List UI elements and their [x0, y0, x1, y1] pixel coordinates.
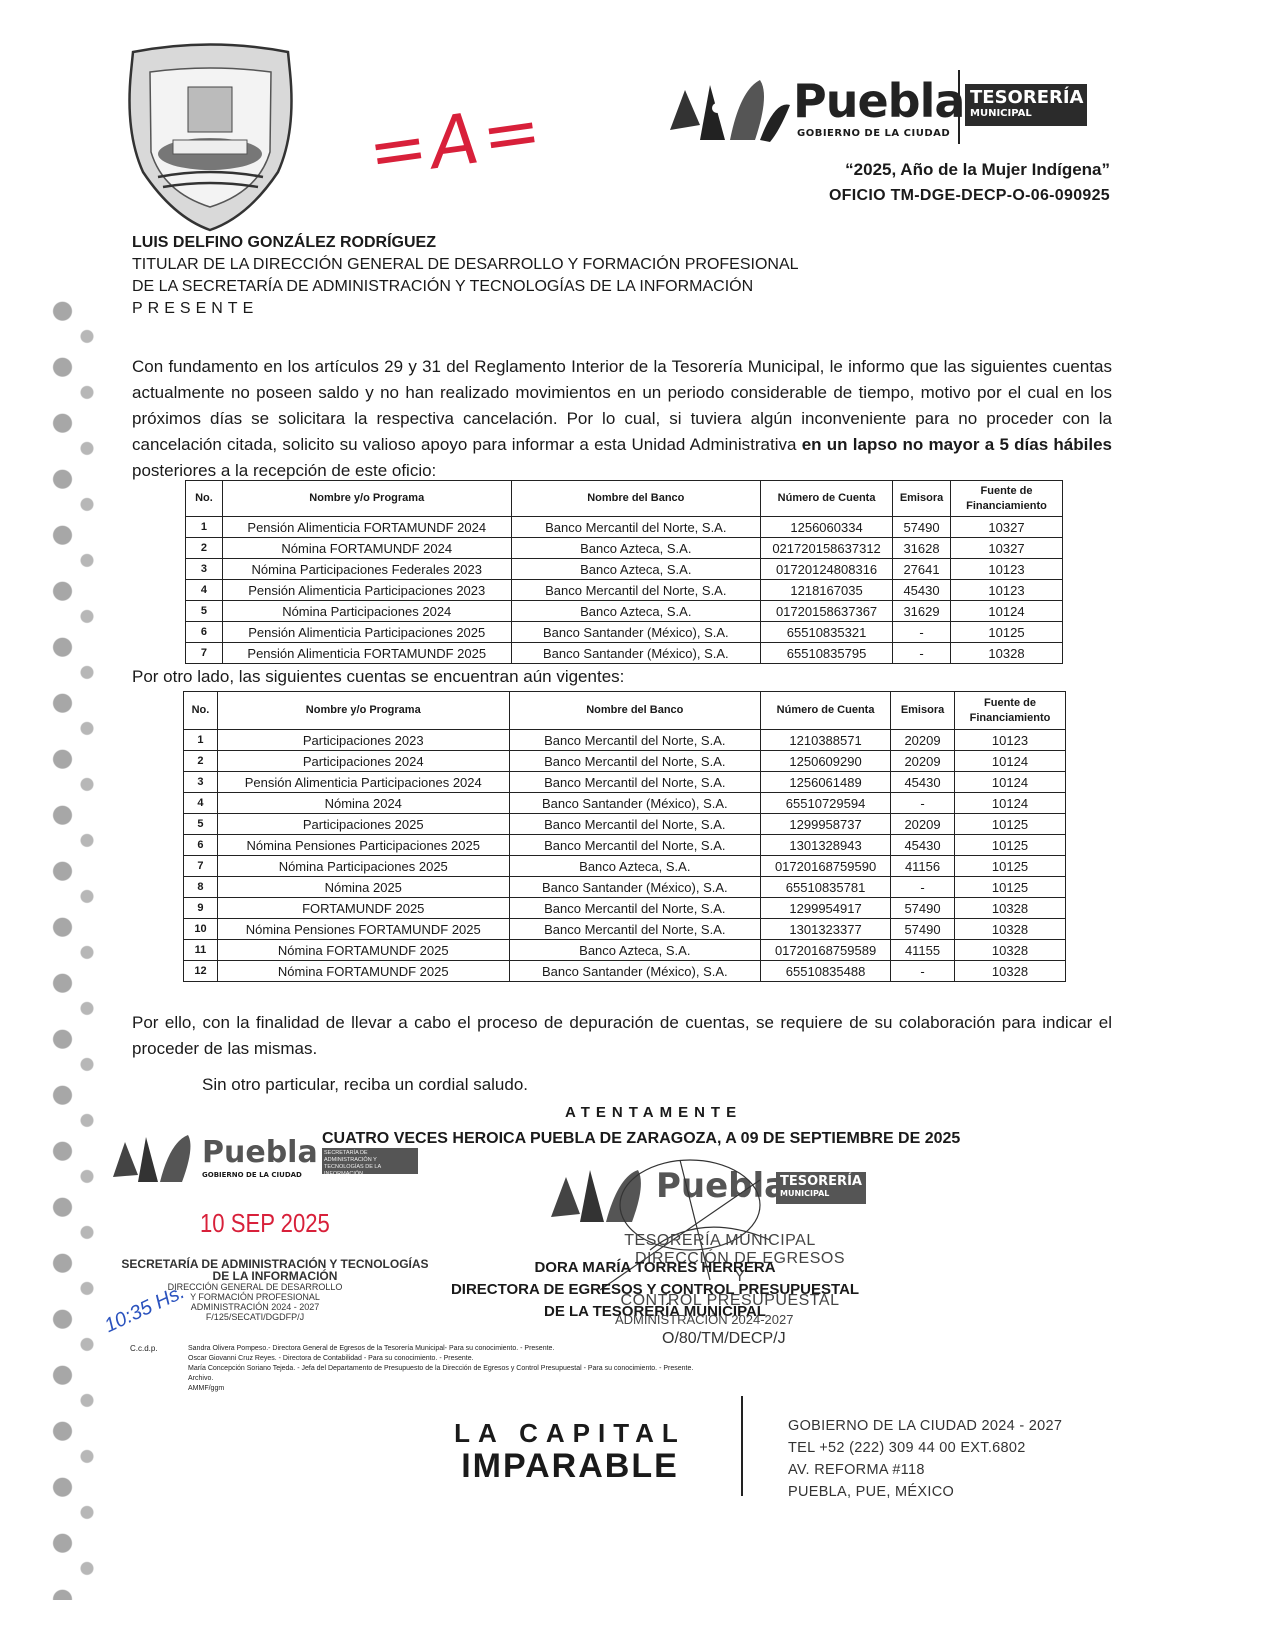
cell-account: 01720124808316	[761, 559, 893, 580]
table-row: 6Pensión Alimenticia Participaciones 202…	[186, 622, 1063, 643]
cell-bank: Banco Mercantil del Norte, S.A.	[509, 898, 761, 919]
cell-fuente: 10125	[955, 877, 1066, 898]
logo-subtitle: GOBIERNO DE LA CIUDAD	[797, 128, 950, 139]
cell-program: Nómina FORTAMUNDF 2025	[217, 940, 509, 961]
seal-administration: ADMINISTRACIÓN 2024-2027	[615, 1312, 793, 1327]
cell-bank: Banco Mercantil del Norte, S.A.	[509, 751, 761, 772]
closing-paragraph: Por ello, con la finalidad de llevar a c…	[132, 1010, 1112, 1062]
cell-emisora: -	[893, 622, 951, 643]
farewell: Sin otro particular, reciba un cordial s…	[202, 1075, 528, 1095]
cell-account: 65510835795	[761, 643, 893, 664]
cell-account: 1256061489	[761, 772, 891, 793]
cell-fuente: 10327	[951, 538, 1063, 559]
cell-bank: Banco Azteca, S.A.	[509, 940, 761, 961]
cell-account: 1299954917	[761, 898, 891, 919]
cell-bank: Banco Santander (México), S.A.	[511, 622, 761, 643]
table-row: 6Nómina Pensiones Participaciones 2025Ba…	[184, 835, 1066, 856]
ccp-line: Sandra Olivera Pompeso.- Directora Gener…	[188, 1344, 888, 1354]
cell-program: Pensión Alimenticia FORTAMUNDF 2025	[222, 643, 511, 664]
atentamente-label: ATENTAMENTE	[565, 1104, 742, 1121]
cell-emisora: 45430	[891, 835, 955, 856]
table-row: 5Participaciones 2025Banco Mercantil del…	[184, 814, 1066, 835]
cell-account: 65510835321	[761, 622, 893, 643]
secretaria-logo: Puebla GOBIERNO DE LA CIUDAD	[110, 1125, 320, 1185]
cell-no: 1	[184, 730, 218, 751]
cell-emisora: -	[891, 961, 955, 982]
cell-program: FORTAMUNDF 2025	[217, 898, 509, 919]
cell-emisora: 31628	[893, 538, 951, 559]
cell-bank: Banco Mercantil del Norte, S.A.	[511, 580, 761, 601]
cell-no: 12	[184, 961, 218, 982]
cell-no: 9	[184, 898, 218, 919]
cell-emisora: 20209	[891, 751, 955, 772]
cell-account: 65510835488	[761, 961, 891, 982]
cell-emisora: 45430	[891, 772, 955, 793]
cell-fuente: 10125	[951, 622, 1063, 643]
ccp-line: Oscar Giovanni Cruz Reyes. - Directora d…	[188, 1354, 888, 1364]
cell-no: 5	[186, 601, 223, 622]
cell-bank: Banco Santander (México), S.A.	[511, 643, 761, 664]
cell-account: 01720158637367	[761, 601, 893, 622]
table-row: 2Nómina FORTAMUNDF 2024Banco Azteca, S.A…	[186, 538, 1063, 559]
cell-fuente: 10327	[951, 517, 1063, 538]
cell-program: Participaciones 2023	[217, 730, 509, 751]
footer-contact-line: TEL +52 (222) 309 44 00 EXT.6802	[788, 1437, 1062, 1459]
cell-no: 3	[184, 772, 218, 793]
table-row: 5Nómina Participaciones 2024Banco Azteca…	[186, 601, 1063, 622]
signer-name: DORA MARÍA TORRES HERRERA	[420, 1257, 890, 1279]
cell-program: Nómina Participaciones 2024	[222, 601, 511, 622]
cell-account: 021720158637312	[761, 538, 893, 559]
cell-program: Nómina Participaciones 2025	[217, 856, 509, 877]
cell-bank: Banco Santander (México), S.A.	[509, 793, 761, 814]
table-row: 1Participaciones 2023Banco Mercantil del…	[184, 730, 1066, 751]
ccp-line: AMMF/ggm	[188, 1384, 888, 1394]
year-motto: “2025, Año de la Mujer Indígena”	[845, 160, 1110, 180]
cell-emisora: 57490	[891, 898, 955, 919]
cell-fuente: 10123	[955, 730, 1066, 751]
cell-fuente: 10124	[951, 601, 1063, 622]
cell-account: 1250609290	[761, 751, 891, 772]
logo-divider	[958, 70, 960, 144]
presente-label: PRESENTE	[132, 298, 799, 320]
table-row: 8Nómina 2025Banco Santander (México), S.…	[184, 877, 1066, 898]
cell-program: Participaciones 2025	[217, 814, 509, 835]
cell-account: 65510835781	[761, 877, 891, 898]
cell-fuente: 10125	[955, 814, 1066, 835]
received-date-stamp: 10 SEP 2025	[200, 1208, 330, 1239]
cell-fuente: 10328	[955, 961, 1066, 982]
cell-account: 01720168759590	[761, 856, 891, 877]
cell-program: Nómina 2025	[217, 877, 509, 898]
handwritten-mark: =A=	[363, 88, 550, 194]
cell-no: 1	[186, 517, 223, 538]
cell-no: 11	[184, 940, 218, 961]
footer-contact-line: AV. REFORMA #118	[788, 1459, 1062, 1481]
cell-bank: Banco Mercantil del Norte, S.A.	[509, 772, 761, 793]
active-accounts-table: No. Nombre y/o Programa Nombre del Banco…	[183, 691, 1066, 982]
footer-contact: GOBIERNO DE LA CIUDAD 2024 - 2027TEL +52…	[788, 1415, 1062, 1503]
recipient-block: LUIS DELFINO GONZÁLEZ RODRÍGUEZ TITULAR …	[132, 232, 799, 320]
footer-divider	[741, 1396, 743, 1496]
cell-emisora: 31629	[893, 601, 951, 622]
cell-no: 6	[184, 835, 218, 856]
table-row: 7Nómina Participaciones 2025Banco Azteca…	[184, 856, 1066, 877]
table-row: 9FORTAMUNDF 2025Banco Mercantil del Nort…	[184, 898, 1066, 919]
cell-bank: Banco Mercantil del Norte, S.A.	[511, 517, 761, 538]
cell-no: 5	[184, 814, 218, 835]
cell-no: 7	[186, 643, 223, 664]
table-row: 4Nómina 2024Banco Santander (México), S.…	[184, 793, 1066, 814]
la-capital-imparable-brand: LA CAPITAL IMPARABLE	[420, 1418, 720, 1486]
ccp-line: Archivo.	[188, 1374, 888, 1384]
footer-contact-line: PUEBLA, PUE, MÉXICO	[788, 1481, 1062, 1503]
table-row: 12Nómina FORTAMUNDF 2025Banco Santander …	[184, 961, 1066, 982]
cell-bank: Banco Santander (México), S.A.	[509, 961, 761, 982]
table-row: 10Nómina Pensiones FORTAMUNDF 2025Banco …	[184, 919, 1066, 940]
table-row: 1Pensión Alimenticia FORTAMUNDF 2024Banc…	[186, 517, 1063, 538]
second-intro: Por otro lado, las siguientes cuentas se…	[132, 664, 1112, 690]
cell-program: Nómina Participaciones Federales 2023	[222, 559, 511, 580]
cell-no: 10	[184, 919, 218, 940]
cell-fuente: 10123	[951, 580, 1063, 601]
puebla-tesoreria-logo: Puebla GOBIERNO DE LA CIUDAD TESORERÍA M…	[665, 70, 1095, 150]
cell-bank: Banco Azteca, S.A.	[511, 601, 761, 622]
table-row: 11Nómina FORTAMUNDF 2025Banco Azteca, S.…	[184, 940, 1066, 961]
cell-fuente: 10125	[955, 856, 1066, 877]
cell-emisora: -	[893, 643, 951, 664]
cell-account: 1210388571	[761, 730, 891, 751]
table-row: 3Pensión Alimenticia Participaciones 202…	[184, 772, 1066, 793]
cell-emisora: 57490	[893, 517, 951, 538]
cell-bank: Banco Mercantil del Norte, S.A.	[509, 730, 761, 751]
cell-fuente: 10124	[955, 793, 1066, 814]
cell-account: 1299958737	[761, 814, 891, 835]
cell-no: 6	[186, 622, 223, 643]
cell-program: Pensión Alimenticia Participaciones 2025	[222, 622, 511, 643]
intro-paragraph: Con fundamento en los artículos 29 y 31 …	[132, 354, 1112, 484]
table-row: 3Nómina Participaciones Federales 2023Ba…	[186, 559, 1063, 580]
cell-no: 4	[186, 580, 223, 601]
cell-bank: Banco Azteca, S.A.	[509, 856, 761, 877]
city-coat-of-arms-icon	[118, 42, 303, 232]
cell-no: 7	[184, 856, 218, 877]
footer-contact-line: GOBIERNO DE LA CIUDAD 2024 - 2027	[788, 1415, 1062, 1437]
cell-bank: Banco Mercantil del Norte, S.A.	[509, 835, 761, 856]
cell-emisora: -	[891, 793, 955, 814]
accounts-to-cancel-table: No. Nombre y/o Programa Nombre del Banco…	[185, 480, 1063, 664]
decorative-side-border	[38, 300, 108, 1600]
deadline-emphasis: en un lapso no mayor a 5 días hábiles	[802, 435, 1112, 454]
recipient-title-2: DE LA SECRETARÍA DE ADMINISTRACIÓN Y TEC…	[132, 276, 799, 298]
cell-bank: Banco Santander (México), S.A.	[509, 877, 761, 898]
cell-emisora: 20209	[891, 814, 955, 835]
table-row: 2Participaciones 2024Banco Mercantil del…	[184, 751, 1066, 772]
cell-bank: Banco Azteca, S.A.	[511, 538, 761, 559]
cell-program: Nómina FORTAMUNDF 2025	[217, 961, 509, 982]
cell-fuente: 10328	[955, 898, 1066, 919]
cell-no: 3	[186, 559, 223, 580]
cell-fuente: 10123	[951, 559, 1063, 580]
cell-account: 1218167035	[761, 580, 893, 601]
signer-title-1: DIRECTORA DE EGRESOS Y CONTROL PRESUPUES…	[420, 1279, 890, 1301]
cell-account: 1301328943	[761, 835, 891, 856]
cell-account: 1256060334	[761, 517, 893, 538]
cell-program: Nómina FORTAMUNDF 2024	[222, 538, 511, 559]
cell-fuente: 10328	[955, 940, 1066, 961]
logo-city-name: Puebla	[793, 74, 964, 128]
puebla-emblem-icon	[110, 1127, 202, 1182]
cell-program: Nómina 2024	[217, 793, 509, 814]
cell-emisora: 20209	[891, 730, 955, 751]
cell-fuente: 10125	[955, 835, 1066, 856]
cell-program: Nómina Pensiones FORTAMUNDF 2025	[217, 919, 509, 940]
cell-account: 01720168759589	[761, 940, 891, 961]
cell-program: Pensión Alimenticia Participaciones 2024	[217, 772, 509, 793]
place-date: CUATRO VECES HEROICA PUEBLA DE ZARAGOZA,…	[322, 1130, 960, 1148]
cell-no: 2	[184, 751, 218, 772]
secretaria-badge: SECRETARÍA DE ADMINISTRACIÓN Y TECNOLOGÍ…	[322, 1148, 418, 1174]
recipient-name: LUIS DELFINO GONZÁLEZ RODRÍGUEZ	[132, 232, 799, 254]
cell-emisora: -	[891, 877, 955, 898]
puebla-emblem-icon	[665, 70, 795, 145]
cell-emisora: 27641	[893, 559, 951, 580]
cell-bank: Banco Mercantil del Norte, S.A.	[509, 919, 761, 940]
cell-account: 65510729594	[761, 793, 891, 814]
cell-account: 1301323377	[761, 919, 891, 940]
cell-emisora: 57490	[891, 919, 955, 940]
cell-no: 2	[186, 538, 223, 559]
cell-program: Pensión Alimenticia FORTAMUNDF 2024	[222, 517, 511, 538]
tesoreria-badge: TESORERÍA MUNICIPAL	[965, 84, 1087, 126]
cell-fuente: 10124	[955, 751, 1066, 772]
table-header-row: No. Nombre y/o Programa Nombre del Banco…	[184, 692, 1066, 730]
recipient-title-1: TITULAR DE LA DIRECCIÓN GENERAL DE DESAR…	[132, 254, 799, 276]
cell-bank: Banco Azteca, S.A.	[511, 559, 761, 580]
cell-bank: Banco Mercantil del Norte, S.A.	[509, 814, 761, 835]
cell-emisora: 41156	[891, 856, 955, 877]
cell-program: Pensión Alimenticia Participaciones 2023	[222, 580, 511, 601]
oficio-number: OFICIO TM-DGE-DECP-O-06-090925	[829, 187, 1110, 205]
table-row: 4Pensión Alimenticia Participaciones 202…	[186, 580, 1063, 601]
table-header-row: No. Nombre y/o Programa Nombre del Banco…	[186, 481, 1063, 517]
cell-program: Nómina Pensiones Participaciones 2025	[217, 835, 509, 856]
cell-no: 8	[184, 877, 218, 898]
cell-emisora: 45430	[893, 580, 951, 601]
cell-emisora: 41155	[891, 940, 955, 961]
cell-no: 4	[184, 793, 218, 814]
ccp-line: María Concepción Soriano Tejeda. - Jefa …	[188, 1364, 888, 1374]
cell-fuente: 10124	[955, 772, 1066, 793]
cell-fuente: 10328	[951, 643, 1063, 664]
cell-program: Participaciones 2024	[217, 751, 509, 772]
table-row: 7Pensión Alimenticia FORTAMUNDF 2025Banc…	[186, 643, 1063, 664]
cell-fuente: 10328	[955, 919, 1066, 940]
